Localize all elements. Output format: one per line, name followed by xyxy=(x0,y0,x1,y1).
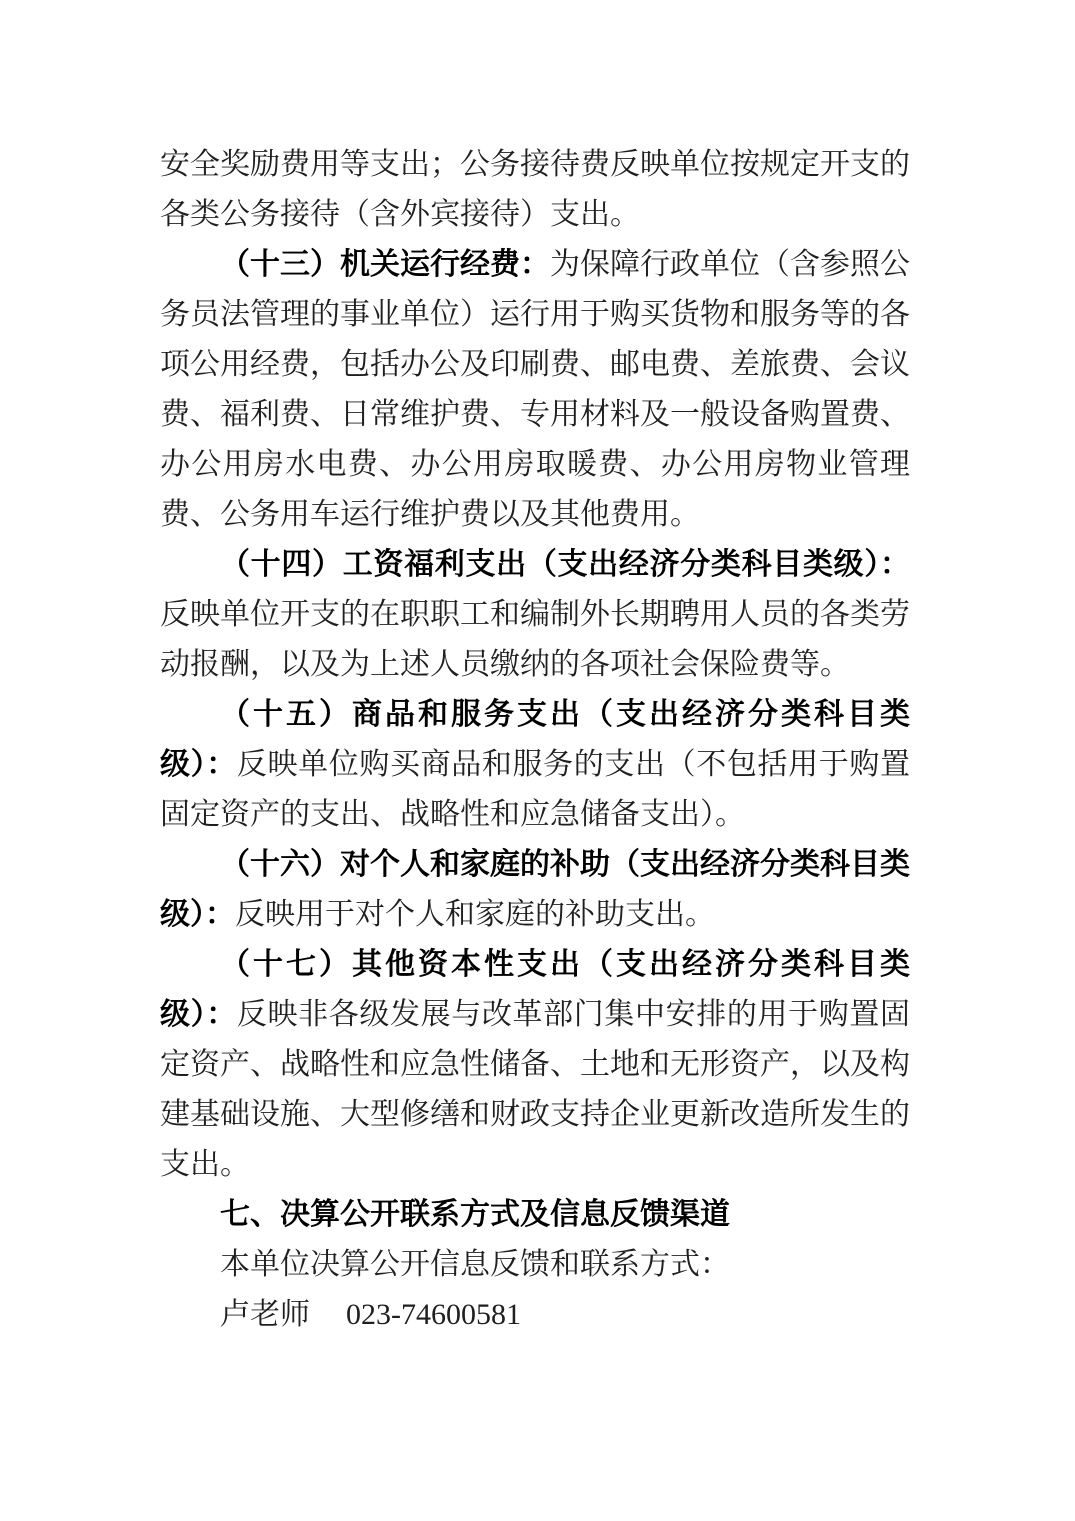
item-13-text: 为保障行政单位（含参照公务员法管理的事业单位）运行用于购买货物和服务等的各项公用… xyxy=(160,248,910,531)
paragraph-item-16: （十六）对个人和家庭的补助（支出经济分类科目类级）：反映用于对个人和家庭的补助支… xyxy=(160,840,910,940)
contact-name: 卢老师 xyxy=(220,1298,310,1331)
section-heading: 七、决算公开联系方式及信息反馈渠道 xyxy=(160,1190,910,1240)
contact-phone: 023-74600581 xyxy=(346,1298,521,1331)
item-16-text: 反映用于对个人和家庭的补助支出。 xyxy=(235,898,715,931)
paragraph-item-17: （十七）其他资本性支出（支出经济分类科目类级）：反映非各级发展与改革部门集中安排… xyxy=(160,940,910,1190)
contact-intro: 本单位决算公开信息反馈和联系方式： xyxy=(160,1240,910,1290)
item-15-text: 反映单位购买商品和服务的支出（不包括用于购置固定资产的支出、战略性和应急储备支出… xyxy=(160,748,910,831)
item-17-text: 反映非各级发展与改革部门集中安排的用于购置固定资产、战略性和应急性储备、土地和无… xyxy=(160,998,910,1181)
contact-line: 卢老师023-74600581 xyxy=(160,1290,910,1340)
paragraph-continuation: 安全奖励费用等支出；公务接待费反映单位按规定开支的各类公务接待（含外宾接待）支出… xyxy=(160,140,910,240)
paragraph-item-13: （十三）机关运行经费：为保障行政单位（含参照公务员法管理的事业单位）运行用于购买… xyxy=(160,240,910,540)
item-13-label: （十三）机关运行经费： xyxy=(220,248,550,281)
item-14-label: （十四）工资福利支出（支出经济分类科目类级）： xyxy=(220,548,910,581)
contact-intro-text: 本单位决算公开信息反馈和联系方式： xyxy=(220,1248,730,1281)
paragraph-continuation-text: 安全奖励费用等支出；公务接待费反映单位按规定开支的各类公务接待（含外宾接待）支出… xyxy=(160,148,910,231)
paragraph-item-15: （十五）商品和服务支出（支出经济分类科目类级）：反映单位购买商品和服务的支出（不… xyxy=(160,690,910,840)
item-14-text: 反映单位开支的在职职工和编制外长期聘用人员的各类劳动报酬，以及为上述人员缴纳的各… xyxy=(160,598,910,681)
document-page: 安全奖励费用等支出；公务接待费反映单位按规定开支的各类公务接待（含外宾接待）支出… xyxy=(160,140,910,1340)
section-heading-text: 七、决算公开联系方式及信息反馈渠道 xyxy=(220,1198,730,1231)
paragraph-item-14: （十四）工资福利支出（支出经济分类科目类级）：反映单位开支的在职职工和编制外长期… xyxy=(160,540,910,690)
